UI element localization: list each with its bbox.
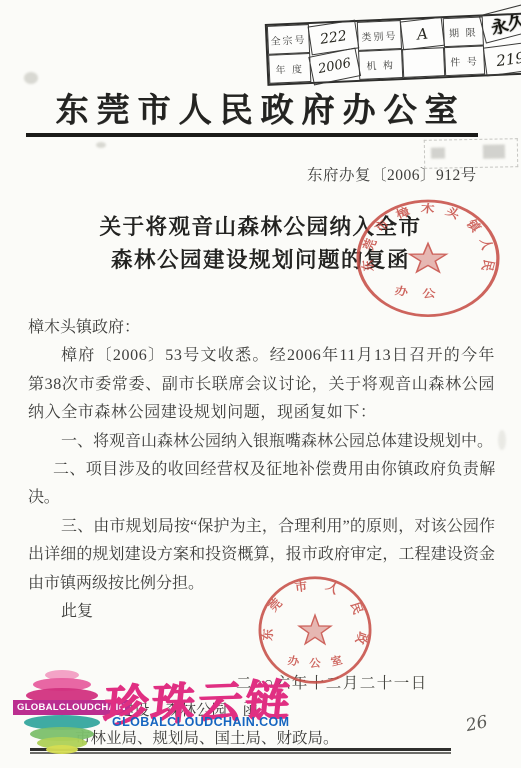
archive-label-retention: 期 限 <box>443 16 484 47</box>
archive-label-category: 类别号 <box>357 20 402 51</box>
svg-text:办公室: 办公室 <box>287 650 355 670</box>
archive-value-org <box>402 47 445 78</box>
issuer-seal-office-text: 办公室 <box>287 650 355 670</box>
sphere-ellipse <box>46 745 78 754</box>
scan-noise <box>24 72 38 84</box>
salutation: 樟木头镇政府： <box>28 314 495 342</box>
archive-value-retention: 永久 <box>479 2 521 43</box>
handwritten-page-number: 26 <box>464 712 489 736</box>
letterhead-org-name: 东莞市人民政府办公室 <box>0 84 521 131</box>
letterhead-rule <box>26 133 478 137</box>
document-body: 樟木头镇政府： 樟府〔2006〕53号文收悉。经2006年11月13日召开的今年… <box>28 314 495 626</box>
document-title-line2: 森林公园建设规划问题的复函 <box>0 244 521 277</box>
scan-noise <box>498 430 506 450</box>
document-number: 东府办复〔2006〕912号 <box>307 163 477 185</box>
archive-label-org: 机 构 <box>358 49 403 80</box>
scanned-document-page: 全宗号 222 类别号 A 期 限 永久 年 度 2006 机 构 件 号 21… <box>0 0 521 768</box>
closing-phrase: 此复 <box>28 598 495 626</box>
archive-stamp-table: 全宗号 222 类别号 A 期 限 永久 年 度 2006 机 构 件 号 21… <box>265 12 521 86</box>
archive-value-category: A <box>400 17 445 51</box>
item-2: 二、项目涉及的收回经营权及征地补偿费用由你镇政府负责解决。 <box>28 456 495 513</box>
item-3: 三、由市规划局按“保护为主，合理利用”的原则，对该公园作出详细的规划建设方案和投… <box>28 513 495 598</box>
archive-label-item-no: 件 号 <box>444 45 485 76</box>
item-1: 一、将观音山森林公园纳入银瓶嘴森林公园总体建设规划中。 <box>28 428 495 456</box>
document-title-line1: 关于将观音山森林公园纳入全市 <box>0 211 521 244</box>
paragraph-intro: 樟府〔2006〕53号文收悉。经2006年11月13日召开的今年第38次市委常委… <box>28 342 495 427</box>
watermark-domain-text: GLOBALCLOUDCHAIN.COM <box>112 715 289 729</box>
document-title: 关于将观音山森林公园纳入全市 森林公园建设规划问题的复函 <box>0 211 521 277</box>
archive-label-fonds: 全宗号 <box>267 24 310 55</box>
scan-noise <box>96 142 106 148</box>
archive-label-year: 年 度 <box>268 53 311 84</box>
archive-value-item-no: 219 <box>483 41 521 77</box>
